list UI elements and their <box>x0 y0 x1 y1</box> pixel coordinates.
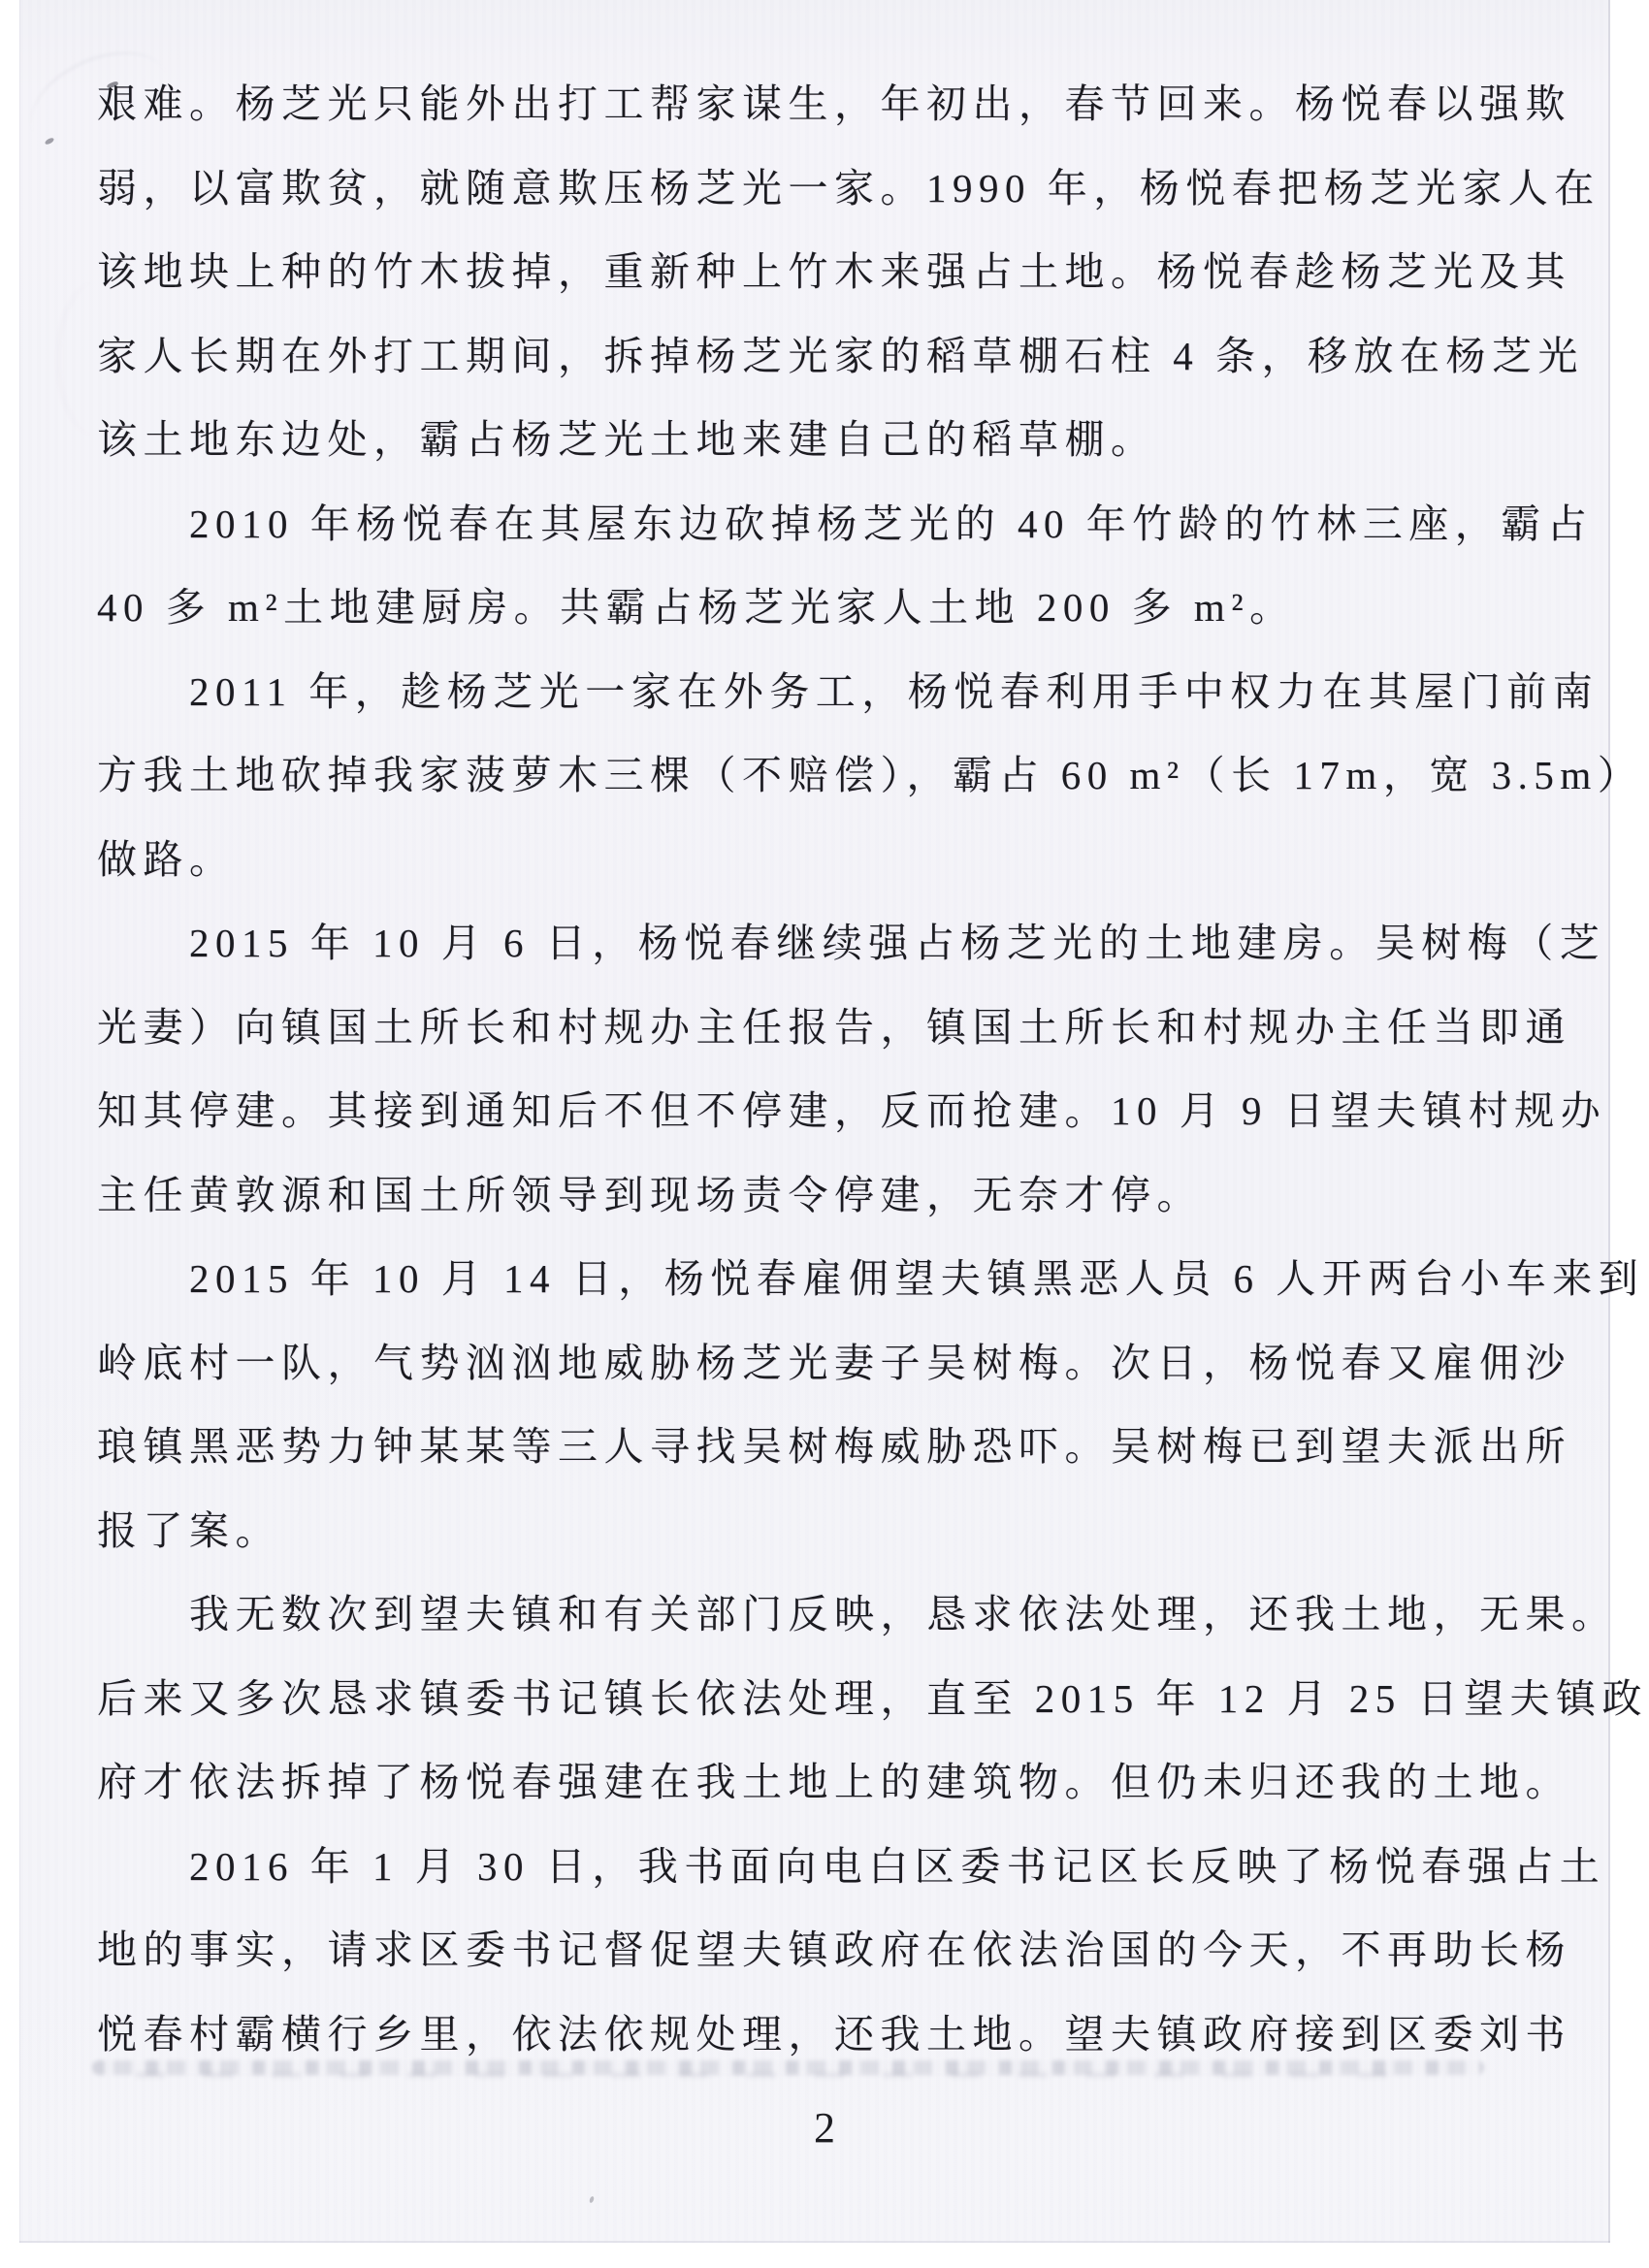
text-line: 2015 年 10 月 6 日，杨悦春继续强占杨芝光的土地建房。吴树梅（芝 <box>97 901 1581 986</box>
text-line: 琅镇黑恶势力钟某某等三人寻找吴树梅威胁恐吓。吴树梅已到望夫派出所 <box>97 1405 1581 1489</box>
text-line: 2016 年 1 月 30 日，我书面向电白区委书记区长反映了杨悦春强占土 <box>97 1825 1581 1909</box>
text-line: 2010 年杨悦春在其屋东边砍掉杨芝光的 40 年竹龄的竹林三座，霸占 <box>97 482 1581 567</box>
text-line: 岭底村一队，气势汹汹地威胁杨芝光妻子吴树梅。次日，杨悦春又雇佣沙 <box>97 1321 1581 1406</box>
text-line: 弱，以富欺贫，就随意欺压杨芝光一家。1990 年，杨悦春把杨芝光家人在 <box>97 146 1581 231</box>
text-line: 方我土地砍掉我家菠萝木三棵（不赔偿），霸占 60 m²（长 17m，宽 3.5m… <box>97 733 1581 818</box>
text-line: 知其停建。其接到通知后不但不停建，反而抢建。10 月 9 日望夫镇村规办 <box>97 1069 1581 1153</box>
scanned-page: 艰难。杨芝光只能外出打工帮家谋生，年初出，春节回来。杨悦春以强欺 弱，以富欺贫，… <box>0 0 1649 2268</box>
text-line: 2015 年 10 月 14 日，杨悦春雇佣望夫镇黑恶人员 6 人开两台小车来到 <box>97 1237 1581 1321</box>
text-line: 我无数次到望夫镇和有关部门反映，恳求依法处理，还我土地，无果。 <box>97 1572 1581 1657</box>
text-line: 该土地东边处，霸占杨芝光土地来建自己的稻草棚。 <box>97 398 1581 482</box>
text-line: 40 多 m²土地建厨房。共霸占杨芝光家人土地 200 多 m²。 <box>97 566 1581 650</box>
text-line: 该地块上种的竹木拔掉，重新种上竹木来强占土地。杨悦春趁杨芝光及其 <box>97 230 1581 314</box>
text-line: 家人长期在外打工期间，拆掉杨芝光家的稻草棚石柱 4 条，移放在杨芝光 <box>97 314 1581 399</box>
text-line: 艰难。杨芝光只能外出打工帮家谋生，年初出，春节回来。杨悦春以强欺 <box>97 62 1581 146</box>
document-body: 艰难。杨芝光只能外出打工帮家谋生，年初出，春节回来。杨悦春以强欺 弱，以富欺贫，… <box>97 62 1581 2076</box>
text-line: 光妻）向镇国土所长和村规办主任报告，镇国土所长和村规办主任当即通 <box>97 986 1581 1070</box>
text-line: 2011 年，趁杨芝光一家在外务工，杨悦春利用手中权力在其屋门前南 <box>97 650 1581 734</box>
bleed-through-smudge <box>136 2072 1397 2078</box>
text-line: 后来又多次恳求镇委书记镇长依法处理，直至 2015 年 12 月 25 日望夫镇… <box>97 1657 1581 1741</box>
text-line: 报了案。 <box>97 1489 1581 1573</box>
text-line: 做路。 <box>97 818 1581 902</box>
text-line: 地的事实，请求区委书记督促望夫镇政府在依法治国的今天，不再助长杨 <box>97 1908 1581 1993</box>
text-line: 主任黄敦源和国土所领导到现场责令停建，无奈才停。 <box>97 1153 1581 1238</box>
text-line: 府才依法拆掉了杨悦春强建在我土地上的建筑物。但仍未归还我的土地。 <box>97 1740 1581 1825</box>
page-number: 2 <box>0 2103 1649 2153</box>
